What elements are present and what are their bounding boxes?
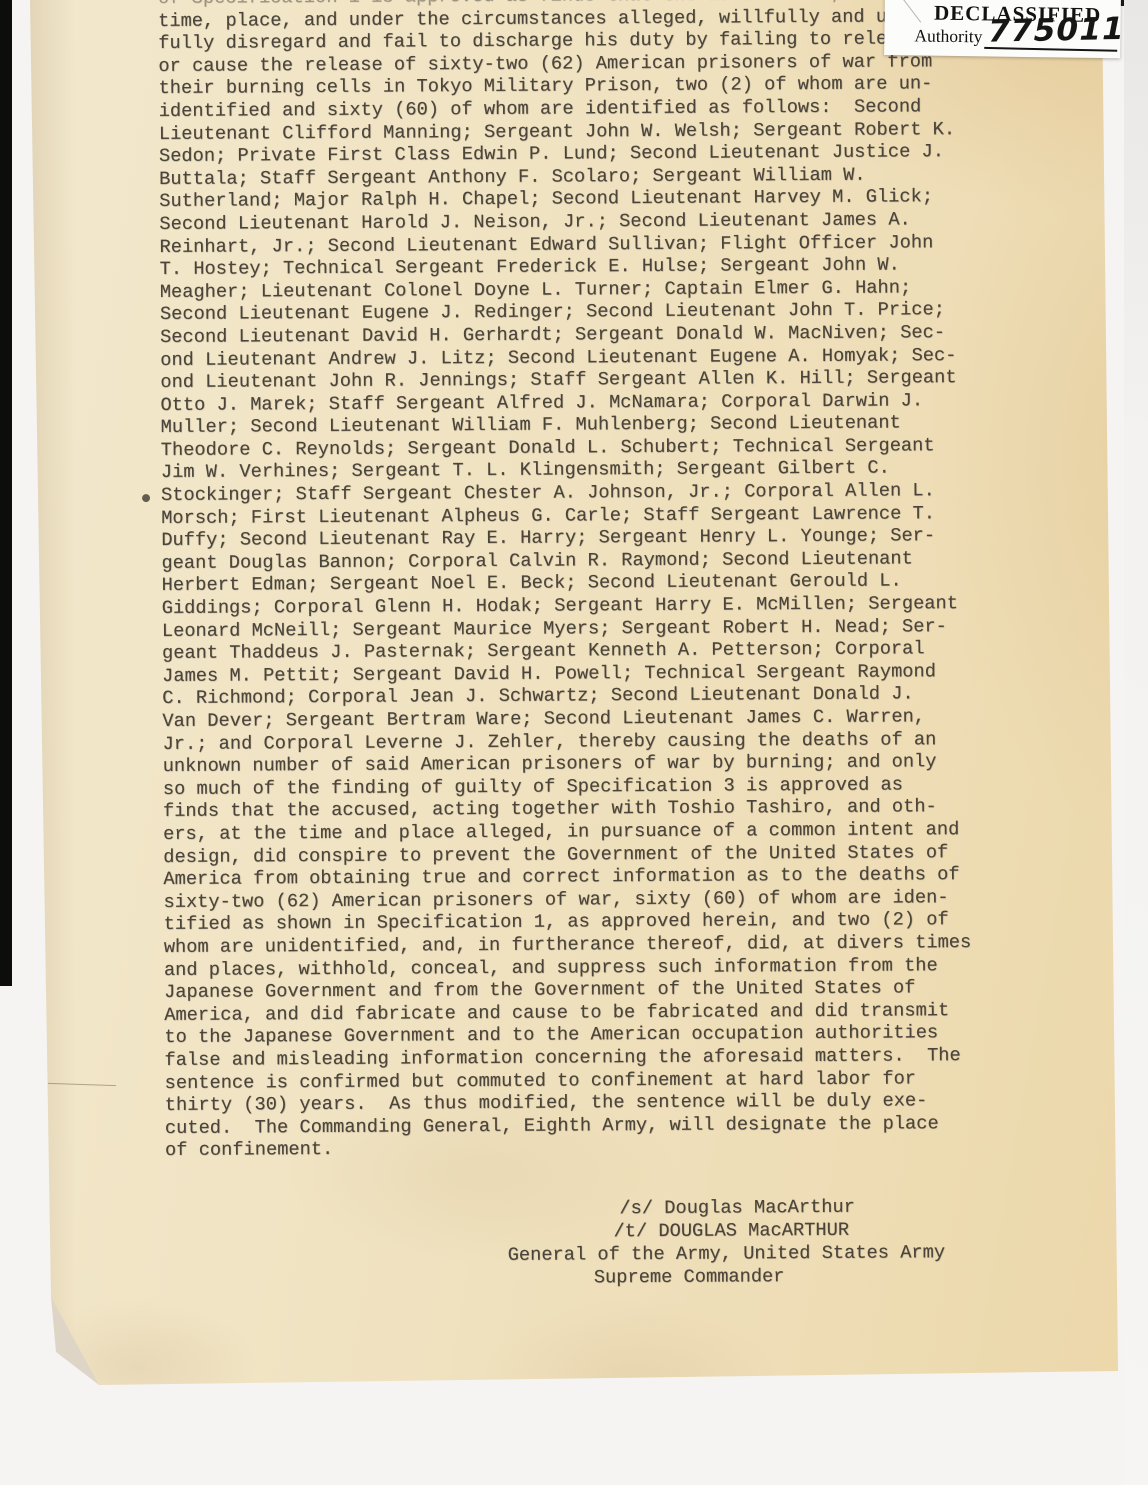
stamp-authority-label: Authority [914,25,982,47]
stamp-authority-row: Authority 775011 [884,22,1120,55]
signature-typed-line: /t/ DOUGLAS MacARTHUR [613,1219,849,1243]
signature-role-line: Supreme Commander [594,1265,785,1289]
signature-signed-line: /s/ Douglas MacArthur [619,1196,855,1220]
scanner-edge-right [1124,0,1148,1485]
typed-line: of confinement. [165,1134,973,1162]
document-body: of Specification 1 is approved as finds … [158,0,973,1162]
stamp-authority-underline [984,47,1117,52]
scanned-page: of Specification 1 is approved as finds … [0,0,1148,1485]
margin-bullet-mark [142,494,150,502]
signature-title-line: General of the Army, United States Army [508,1241,945,1266]
declassified-stamp: DECLASSIFIED Authority 775011 [884,0,1121,58]
typed-text-block: of Specification 1 is approved as finds … [0,0,1148,1485]
stamp-authority-number-handwritten: 775011 [985,11,1128,50]
